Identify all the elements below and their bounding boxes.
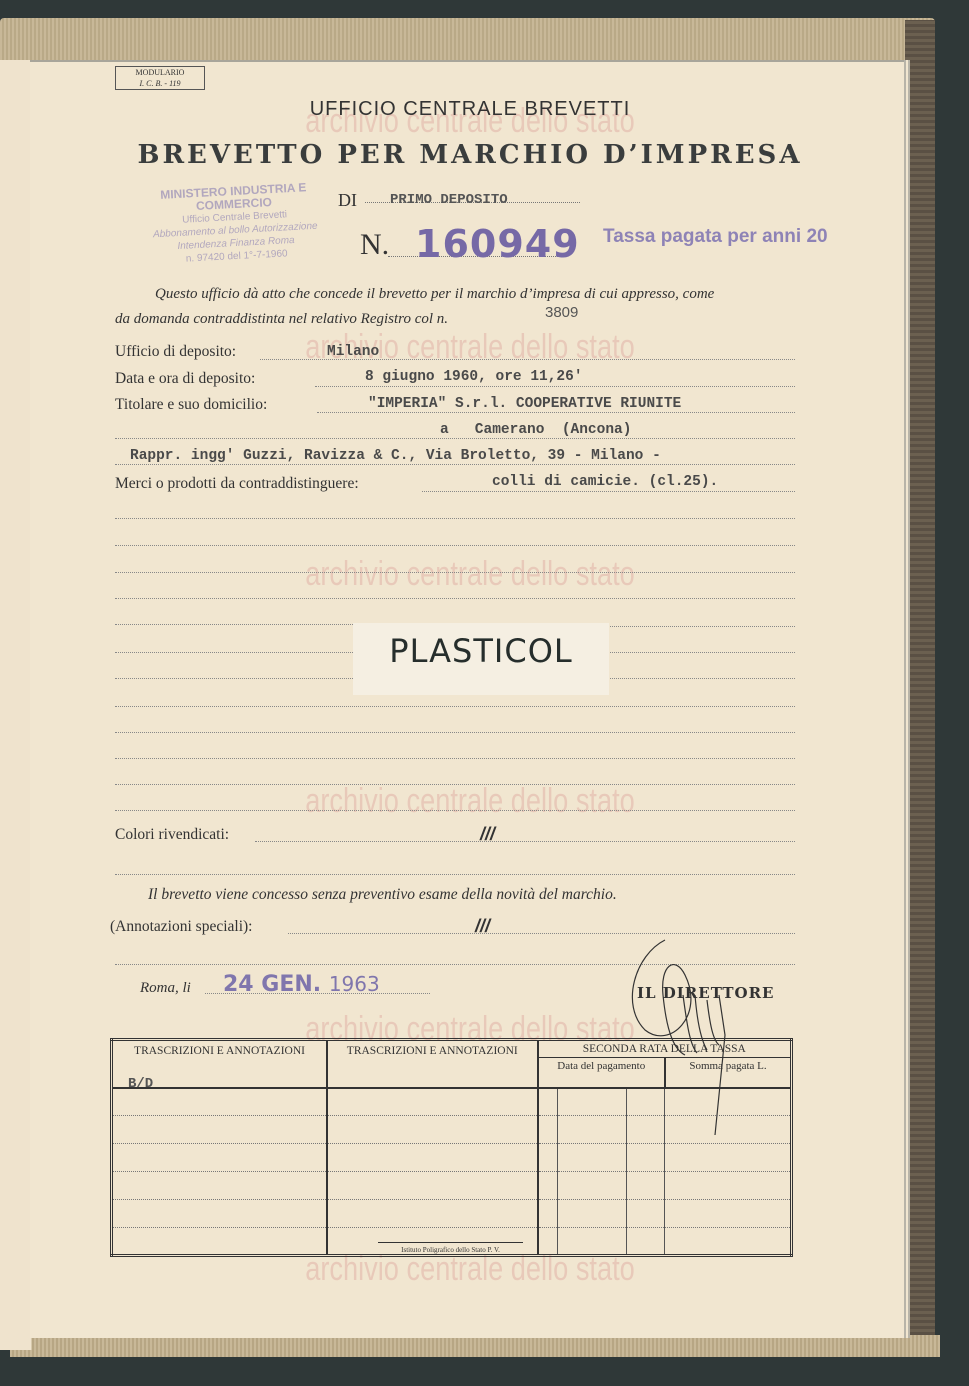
table-cell [327, 1116, 537, 1144]
dotted-line [115, 438, 795, 439]
ufficio-value: Milano [327, 344, 379, 360]
col-header-data-pagamento: Data del pagamento [538, 1058, 665, 1088]
dotted-line [422, 491, 795, 492]
titolare-label: Titolare e suo domicilio: [115, 396, 267, 414]
table-cell [538, 1228, 558, 1256]
data-value: 8 giugno 1960, ore 11,26' [365, 369, 583, 385]
table-cell [538, 1172, 558, 1200]
dotted-line [115, 545, 795, 546]
table-cell [627, 1228, 665, 1256]
titolare-rappresentante: Rappr. ingg' Guzzi, Ravizza & C., Via Br… [130, 448, 661, 464]
table-cell [627, 1144, 665, 1172]
table-cell [538, 1088, 558, 1116]
printer-imprint: Istituto Poligrafico dello Stato P. V. [378, 1246, 523, 1254]
table-cell [665, 1228, 792, 1256]
table-cell [627, 1172, 665, 1200]
document-title: BREVETTO PER MARCHIO D’IMPRESA [30, 140, 910, 170]
table-row [112, 1088, 792, 1116]
dotted-line [115, 706, 795, 707]
date-stamp: 24 GEN. 1963 [223, 972, 380, 997]
table-row [112, 1116, 792, 1144]
table-cell [627, 1200, 665, 1228]
trademark-name: PLASTICOL [353, 632, 609, 670]
colori-value: /// [480, 824, 495, 845]
dotted-line [115, 874, 795, 875]
dotted-line [315, 386, 795, 387]
dotted-line [115, 464, 795, 465]
table-cell [112, 1200, 328, 1228]
table-cell [665, 1116, 792, 1144]
dotted-line [115, 652, 355, 653]
dotted-line [317, 412, 795, 413]
dotted-line [115, 732, 795, 733]
dotted-line [115, 784, 795, 785]
table-cell [558, 1144, 627, 1172]
binding-cloth-bottom [10, 1335, 940, 1357]
modulario-code: I. C. B. - 119 [116, 78, 204, 89]
registry-table: TRASCRIZIONI E ANNOTAZIONI TRASCRIZIONI … [110, 1038, 793, 1257]
titolare-domicile: a Camerano (Ancona) [440, 422, 631, 438]
table-cell [558, 1088, 627, 1116]
dotted-line [115, 678, 355, 679]
dotted-line [605, 678, 795, 679]
intro-paragraph: Questo ufficio dà atto che concede il br… [115, 282, 805, 332]
table-cell [665, 1172, 792, 1200]
dotted-line [255, 841, 795, 842]
number-label: N. [360, 228, 389, 262]
table-cell [327, 1172, 537, 1200]
dotted-line [115, 572, 795, 573]
table-cell [327, 1144, 537, 1172]
deposit-type-label: DI [338, 190, 357, 211]
tassa-stamp: Tassa pagata per anni 20 [603, 226, 828, 248]
patent-number: 160949 [415, 222, 580, 266]
table-cell [327, 1200, 537, 1228]
table-cell [538, 1200, 558, 1228]
dotted-line [605, 626, 795, 627]
ministero-stamp: MINISTERO INDUSTRIA E COMMERCIO Ufficio … [123, 179, 347, 268]
table-row [112, 1200, 792, 1228]
table-cell [112, 1172, 328, 1200]
table-row [112, 1144, 792, 1172]
left-page-edge [0, 60, 32, 1350]
colori-label: Colori rivendicati: [115, 826, 229, 844]
table-cell [112, 1144, 328, 1172]
table-cell [538, 1144, 558, 1172]
table-cell [558, 1228, 627, 1256]
watermark: archivio centrale dello stato [118, 555, 822, 594]
table-cell [112, 1228, 328, 1256]
dotted-line [115, 624, 355, 625]
place-label: Roma, li [140, 980, 191, 997]
notice-text: Il brevetto viene concesso senza prevent… [148, 886, 617, 904]
dotted-line [605, 652, 795, 653]
date-year: 1963 [329, 972, 380, 996]
deposit-type-value: PRIMO DEPOSITO [390, 192, 508, 208]
ufficio-label: Ufficio di deposito: [115, 343, 236, 361]
binding-cloth-top [0, 18, 935, 66]
table-row [112, 1172, 792, 1200]
modulario-box: MODULARIO I. C. B. - 119 [115, 66, 205, 90]
table-cell [538, 1116, 558, 1144]
table-cell [558, 1172, 627, 1200]
registro-number: 3809 [545, 304, 578, 321]
table-cell [558, 1116, 627, 1144]
dotted-line [115, 810, 795, 811]
watermark: archivio centrale dello stato [118, 782, 822, 821]
dotted-line [115, 598, 795, 599]
col-header-trascrizioni-2: TRASCRIZIONI E ANNOTAZIONI [327, 1040, 537, 1088]
table-cell [665, 1200, 792, 1228]
footer-rule [378, 1242, 523, 1243]
annotazioni-label: (Annotazioni speciali): [110, 918, 252, 936]
col-header-somma-pagata: Somma pagata L. [665, 1058, 792, 1088]
table-cell [112, 1116, 328, 1144]
data-label: Data e ora di deposito: [115, 370, 255, 388]
date-day: 24 GEN. [223, 972, 321, 997]
table-cell [665, 1088, 792, 1116]
col-header-seconda-rata: SECONDA RATA DELLA TASSA [538, 1040, 792, 1058]
intro-line: Questo ufficio dà atto che concede il br… [115, 282, 805, 307]
dotted-line [115, 758, 795, 759]
table-cell [627, 1088, 665, 1116]
annotazioni-value: /// [475, 916, 490, 937]
table-note: B/D [128, 1076, 153, 1092]
office-title: UFFICIO CENTRALE BREVETTI [30, 98, 910, 121]
table-cell [665, 1144, 792, 1172]
dotted-line [115, 518, 795, 519]
merci-value: colli di camicie. (cl.25). [492, 474, 718, 490]
document-page: archivio centrale dello stato archivio c… [30, 60, 910, 1338]
titolare-value: "IMPERIA" S.r.l. COOPERATIVE RIUNITE [368, 396, 681, 412]
table-cell [558, 1200, 627, 1228]
table-cell [327, 1088, 537, 1116]
dotted-line [288, 933, 795, 934]
intro-line: da domanda contraddistinta nel relativo … [115, 307, 805, 332]
modulario-label: MODULARIO [116, 67, 204, 78]
merci-label: Merci o prodotti da contraddistinguere: [115, 475, 359, 493]
table-cell [627, 1116, 665, 1144]
